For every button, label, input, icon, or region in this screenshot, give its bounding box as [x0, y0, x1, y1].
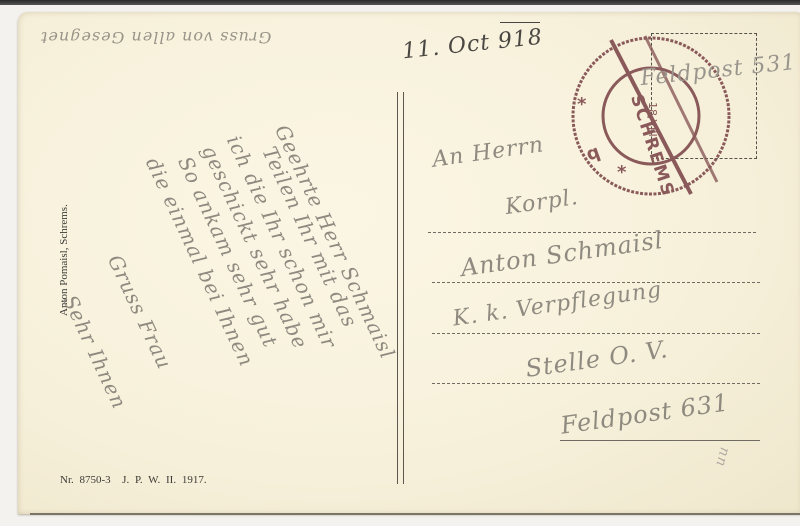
postmark-star-left: *: [577, 94, 586, 115]
catalog-number: Nr. 8750-3 J. P. W. II. 1917.: [60, 474, 207, 486]
center-divider: [397, 92, 404, 484]
address-line-1: [428, 232, 756, 233]
scan-top-border: [0, 0, 800, 5]
postmark: SCHREMS 18.VIII b * *: [567, 32, 735, 200]
postmark-date: 18.VIII: [646, 102, 659, 137]
address-line-2: [432, 282, 760, 283]
postcard-bottom-edge: [30, 513, 800, 515]
address-line-3: [432, 333, 760, 334]
message-upside-down-line: Gruss von allen Gesegnet: [40, 28, 271, 47]
address-line-4: [432, 383, 760, 384]
postmark-star-bottom: *: [617, 162, 626, 183]
date-underline: [500, 22, 540, 23]
address-line-5: [560, 440, 760, 441]
